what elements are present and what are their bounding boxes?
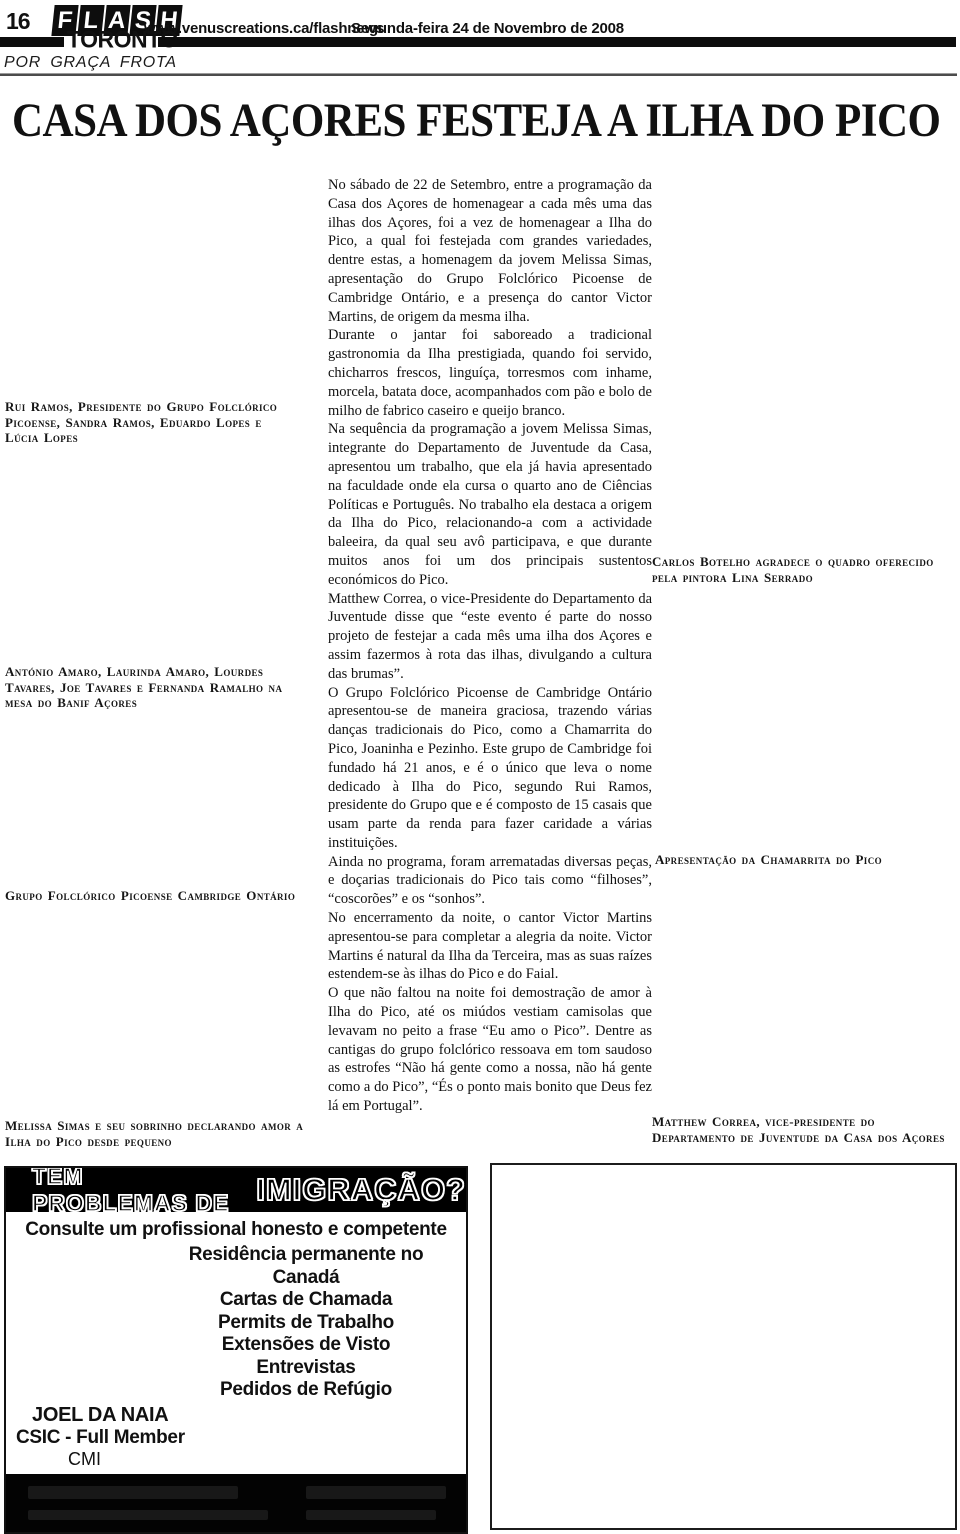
toronto-bar-left — [0, 37, 64, 47]
ad-intro-line: Consulte um profissional honesto e compe… — [6, 1219, 466, 1241]
ad-contact-block: JOEL DA NAIA CSIC - Full Member CMI — [16, 1404, 185, 1470]
ad-service-item: Extensões de Visto — [156, 1334, 456, 1357]
article-paragraph: O Grupo Folclórico Picoense de Cambridge… — [328, 684, 652, 853]
ad-credential: CSIC - Full Member — [16, 1427, 185, 1449]
newspaper-page: 16 F L A S H www.venuscreations.ca/flash… — [0, 0, 960, 1534]
empty-ad-frame — [490, 1163, 957, 1530]
article-paragraph: Matthew Correa, o vice-Presidente do Dep… — [328, 590, 652, 684]
ad-service-item: Residência permanente no Canadá — [156, 1244, 456, 1289]
ad-service-item: Permits de Trabalho — [156, 1312, 456, 1335]
toronto-bar-right — [158, 37, 956, 47]
ad-service-item: Entrevistas — [156, 1357, 456, 1380]
illegible-text-smudge — [28, 1510, 268, 1520]
ad-banner-text: TEM PROBLEMAS DE — [32, 1168, 246, 1212]
ad-footer-band — [6, 1474, 466, 1532]
article-paragraph: O que não faltou na noite foi demostraçã… — [328, 984, 652, 1116]
article-paragraph: Na sequência da programação a jovem Meli… — [328, 420, 652, 589]
article-paragraph: Durante o jantar foi saboreado a tradici… — [328, 326, 652, 420]
page-number: 16 — [6, 8, 30, 35]
photo-caption: António Amaro, Laurinda Amaro, Lourdes T… — [5, 664, 297, 711]
photo-caption: Matthew Correa, vice-presidente do Depar… — [652, 1114, 957, 1145]
ad-banner: TEM PROBLEMAS DE IMIGRAÇÃO? — [6, 1168, 466, 1212]
masthead-date: Segunda-feira 24 de Novembro de 2008 — [351, 20, 624, 37]
article-paragraph: No encerramento da noite, o cantor Victo… — [328, 909, 652, 984]
ad-service-item: Cartas de Chamada — [156, 1289, 456, 1312]
article-body: No sábado de 22 de Setembro, entre a pro… — [328, 176, 652, 1116]
ad-service-item: Pedidos de Refúgio — [156, 1379, 456, 1402]
ad-banner-text: IMIGRAÇÃO? — [256, 1172, 466, 1208]
illegible-text-smudge — [306, 1486, 446, 1499]
illegible-text-smudge — [306, 1510, 436, 1520]
masthead-url: www.venuscreations.ca/flashnews — [144, 20, 384, 37]
photo-caption: Carlos Botelho agradece o quadro ofereci… — [652, 554, 952, 585]
photo-caption: Melissa Simas e seu sobrinho declarando … — [5, 1118, 305, 1149]
photo-caption: Rui Ramos, Presidente do Grupo Folclóric… — [5, 399, 297, 446]
photo-caption: Apresentação da Chamarrita do Pico — [655, 852, 955, 868]
article-paragraph: No sábado de 22 de Setembro, entre a pro… — [328, 176, 652, 326]
illegible-text-smudge — [28, 1486, 238, 1499]
ad-services-list: Residência permanente no Canadá Cartas d… — [156, 1244, 456, 1402]
byline: POR GRAÇA FROTA — [4, 54, 177, 72]
ad-contact-name: JOEL DA NAIA — [32, 1404, 185, 1427]
photo-caption: Grupo Folclórico Picoense Cambridge Ontá… — [5, 888, 305, 904]
ad-credential: CMI — [68, 1449, 185, 1470]
immigration-ad: TEM PROBLEMAS DE IMIGRAÇÃO? Consulte um … — [4, 1166, 468, 1534]
article-paragraph: Ainda no programa, foram arrematadas div… — [328, 853, 652, 909]
header-rule — [0, 73, 957, 76]
headline: CASA DOS AÇORES FESTEJA A ILHA DO PICO — [12, 94, 956, 148]
